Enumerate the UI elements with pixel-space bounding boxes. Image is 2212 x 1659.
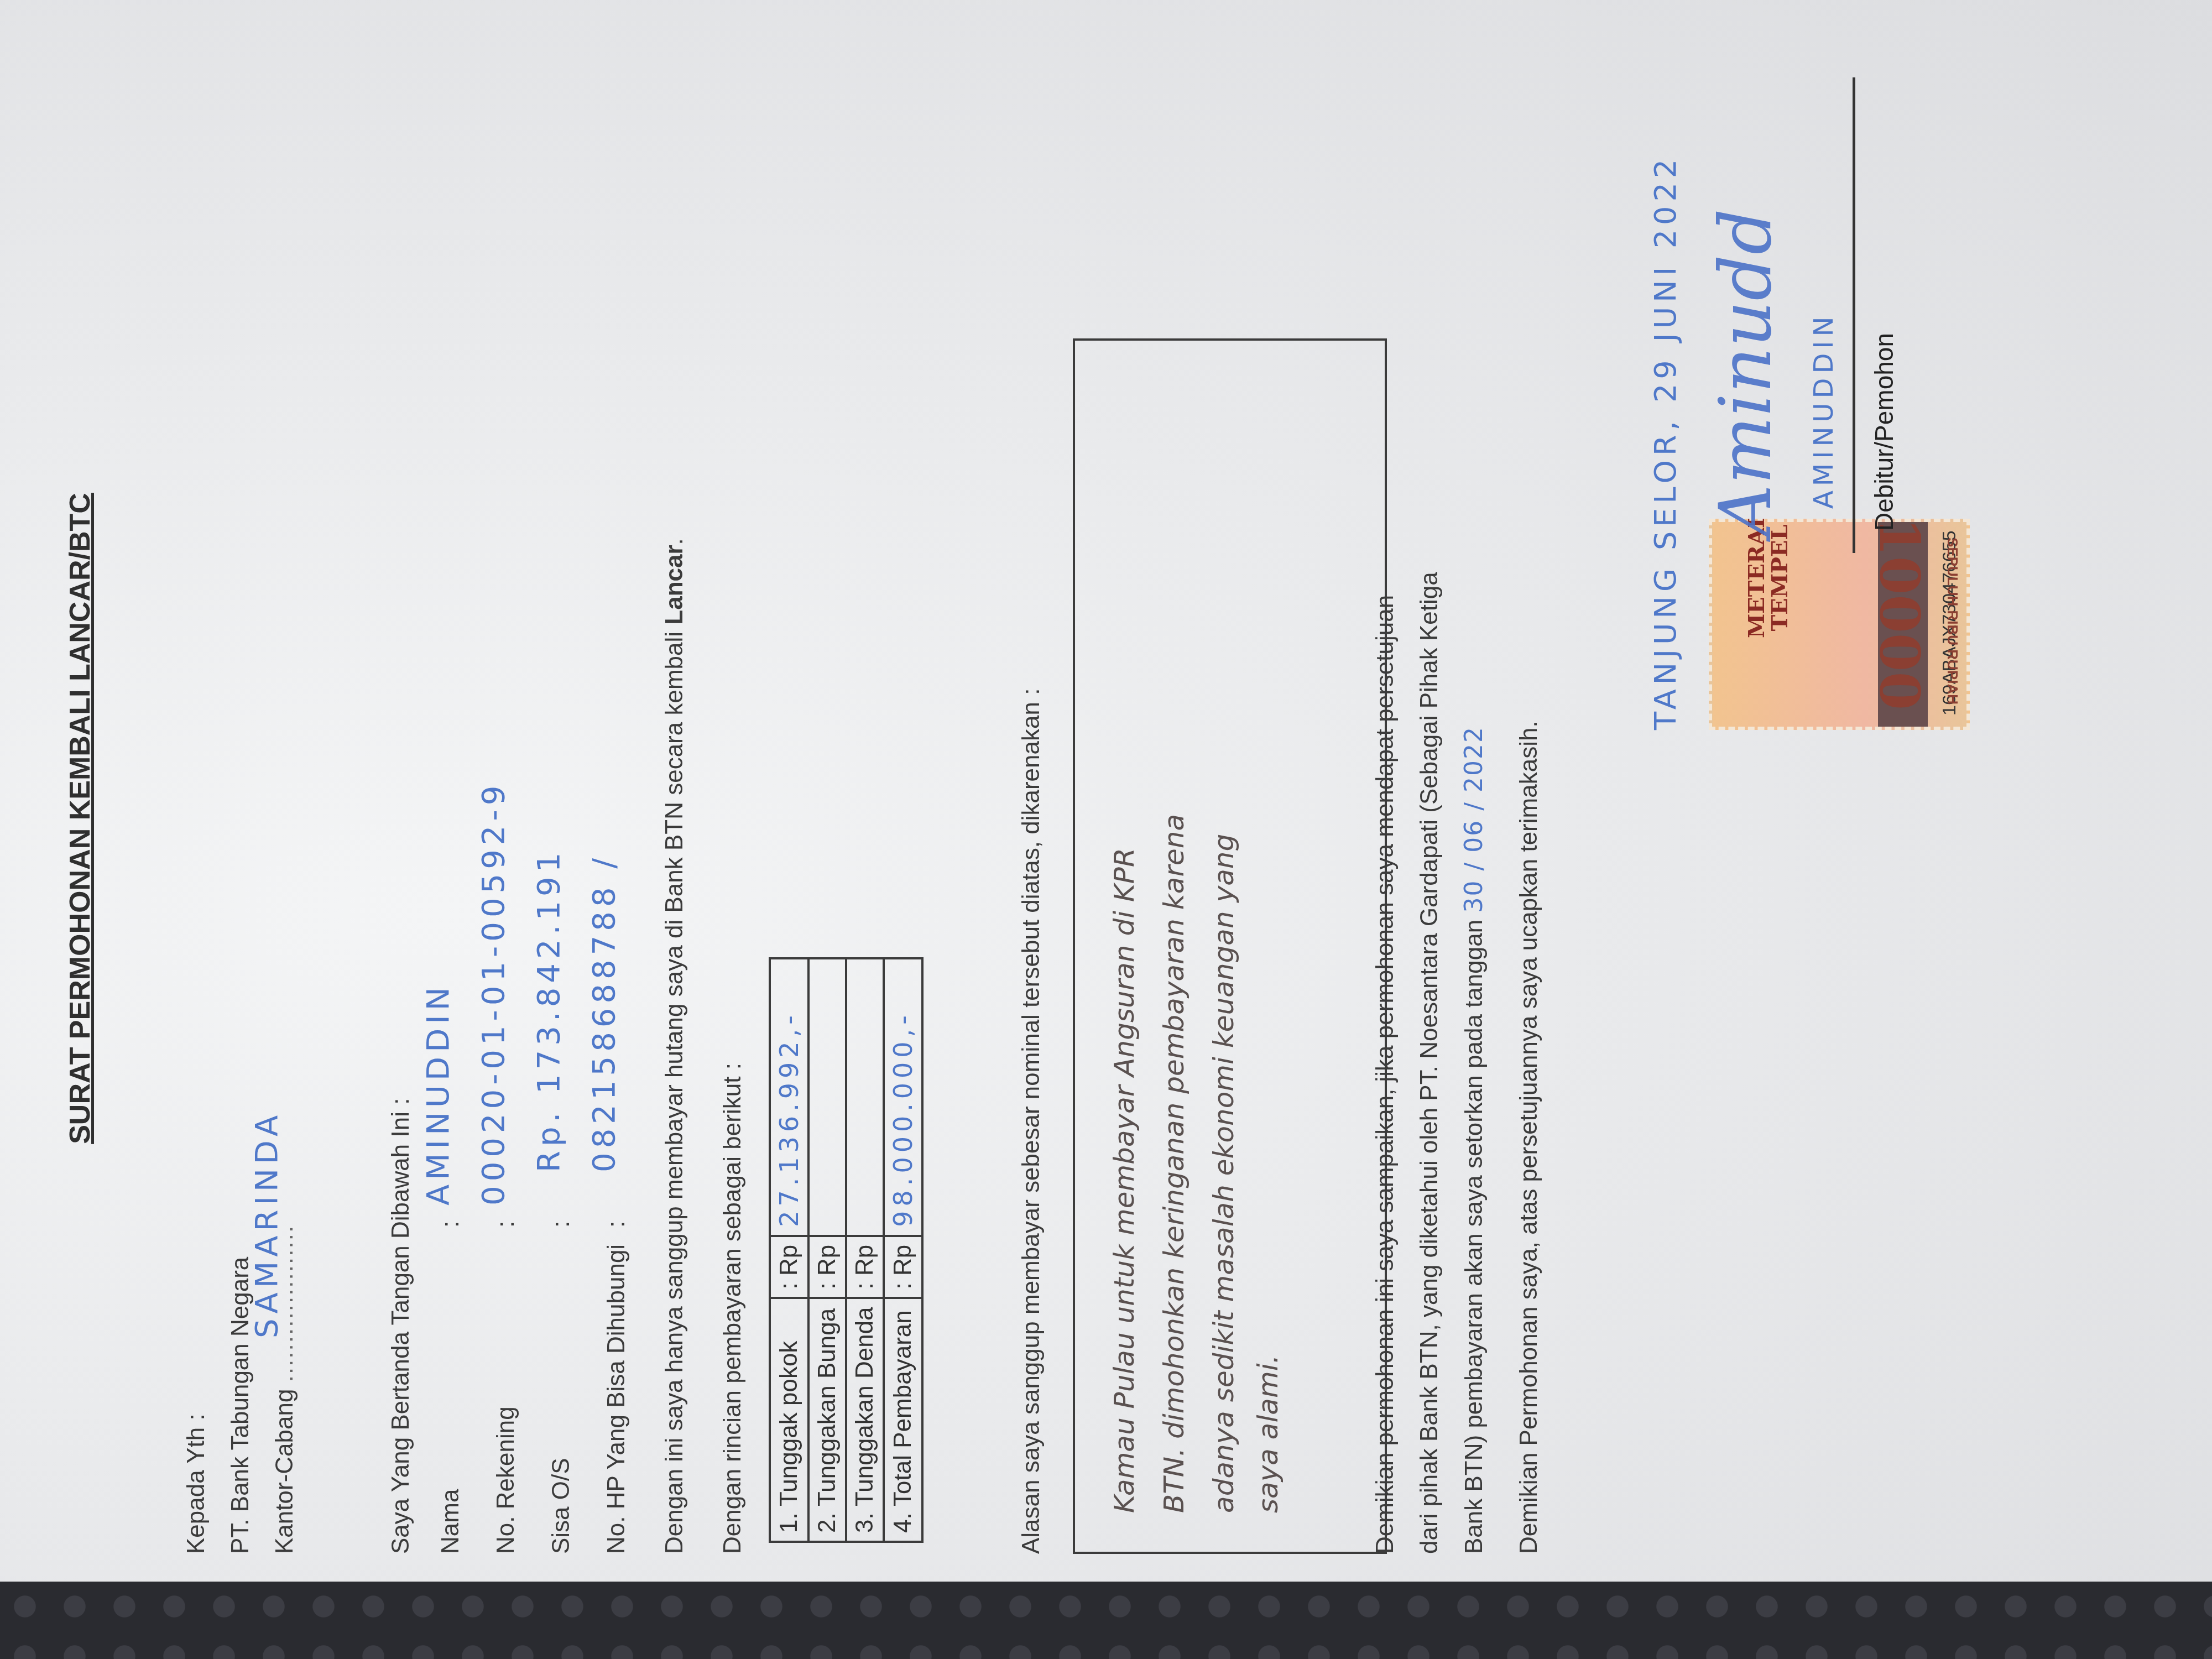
statement-text: Dengan ini saya hanya sanggup membayar h… bbox=[661, 632, 688, 1554]
amount-cell bbox=[846, 958, 884, 1236]
signer-name: AMINUDDIN bbox=[1808, 312, 1839, 509]
signer-role: Debitur/Pemohon bbox=[1869, 333, 1899, 531]
field-label-outstanding: Sisa O/S bbox=[547, 1458, 575, 1554]
stamp-words: SEPULUH RIBU RUPIAH bbox=[1944, 538, 1961, 705]
breakdown-label: Dengan rincian pembayaran sebagai beriku… bbox=[719, 1063, 747, 1554]
amount-cell: 27.136.992,- bbox=[770, 958, 808, 1236]
statement-bold: Lancar bbox=[661, 545, 688, 624]
closing-line: Bank BTN) pembayaran akan saya setorkan … bbox=[1460, 726, 1488, 1554]
stamp-amount: 10000 bbox=[1867, 518, 1932, 710]
reason-label: Alasan saya sanggup membayar sebesar nom… bbox=[1018, 688, 1045, 1554]
statement: Dengan ini saya hanya sanggup membayar h… bbox=[661, 538, 688, 1554]
table-row: 2. Tunggakan Bunga : Rp bbox=[808, 958, 846, 1542]
reason-line: saya alami. bbox=[1252, 1355, 1284, 1513]
signature-line bbox=[1853, 77, 1855, 553]
field-label-phone: No. HP Yang Bisa Dihubungi bbox=[603, 1244, 630, 1554]
table-row: 4. Total Pembayaran : Rp 98.000.000,- bbox=[884, 958, 922, 1542]
document-title: SURAT PERMOHONAN KEMBALI LANCAR/BTC bbox=[64, 0, 97, 1637]
deposit-date: 30 / 06 / 2022 bbox=[1460, 726, 1488, 913]
closing-line: dari pihak Bank BTN, yang diketahui oleh… bbox=[1416, 572, 1443, 1554]
branch-label: Kantor-Cabang bbox=[271, 1389, 298, 1554]
branch-value: SAMARINDA bbox=[249, 1111, 285, 1338]
closing-thanks: Demikian Permohonan saya, atas persetuju… bbox=[1515, 721, 1543, 1554]
field-value-name: AMINUDDIN bbox=[420, 983, 456, 1206]
undersigned-label: Saya Yang Bertanda Tangan Dibawah Ini : bbox=[387, 1098, 415, 1554]
reason-line: Kamau Pulau untuk membayar Angsuran di K… bbox=[1108, 848, 1140, 1513]
field-label-account: No. Rekening bbox=[492, 1406, 520, 1554]
salutation: Kepada Yth : bbox=[182, 1413, 210, 1554]
table-row: 3. Tunggakan Denda : Rp bbox=[846, 958, 884, 1542]
field-value-phone: 082158688788 / bbox=[586, 854, 622, 1172]
field-value-outstanding: Rp. 173.842.191 bbox=[531, 848, 567, 1172]
reason-box: Kamau Pulau untuk membayar Angsuran di K… bbox=[1073, 338, 1387, 1554]
document-page: SURAT PERMOHONAN KEMBALI LANCAR/BTC Kepa… bbox=[0, 0, 2135, 1637]
closing-line: Demikian permohonan ini saya sampaikan, … bbox=[1371, 595, 1399, 1554]
duty-stamp: 10000 METERAI TEMPEL 169ABAJX730476655 S… bbox=[1709, 519, 1970, 730]
table-row: 1. Tunggak pokok : Rp 27.136.992,- bbox=[770, 958, 808, 1542]
place-date: TANJUNG SELOR, 29 JUNI 2022 bbox=[1648, 155, 1683, 730]
signature: Aminudd bbox=[1703, 208, 1787, 536]
field-value-account: 00020-01-01-00592-9 bbox=[476, 781, 512, 1206]
amount-cell: 98.000.000,- bbox=[884, 958, 922, 1236]
amount-cell bbox=[808, 958, 846, 1236]
reason-line: BTN. dimohonkan keringanan pembayaran ka… bbox=[1158, 814, 1190, 1513]
field-label-name: Nama bbox=[437, 1489, 465, 1554]
reason-line: adanya sedikit masalah ekonomi keuangan … bbox=[1208, 834, 1240, 1513]
payment-table: 1. Tunggak pokok : Rp 27.136.992,- 2. Tu… bbox=[769, 957, 924, 1543]
